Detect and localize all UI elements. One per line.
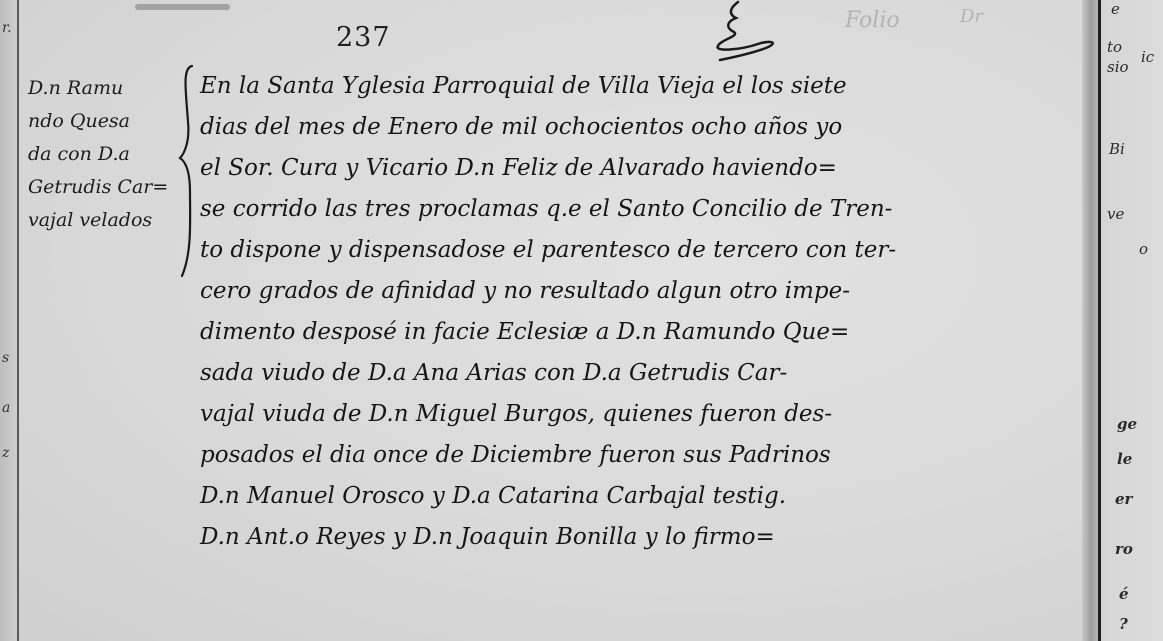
entry-line: se corrido las tres proclamas q.e el San… — [200, 189, 1080, 230]
entry-line: vajal viuda de D.n Miguel Burgos, quiene… — [200, 394, 1080, 435]
facing-page-fragment: to — [1107, 38, 1122, 56]
facing-page-fragment: e — [1111, 0, 1120, 18]
facing-page-fragment: ? — [1119, 615, 1128, 633]
facing-page-fragment: ic — [1141, 48, 1154, 66]
entry-line: En la Santa Yglesia Parroquial de Villa … — [200, 66, 1080, 107]
bleed-through-fragment: Dr — [960, 6, 983, 27]
entry-line: D.n Ant.o Reyes y D.n Joaquin Bonilla y … — [200, 517, 1080, 558]
entry-line: sada viudo de D.a Ana Arias con D.a Getr… — [200, 353, 1080, 394]
left-margin-rule — [17, 0, 19, 641]
facing-page-fragment: o — [1139, 240, 1148, 258]
entry-line: to dispone y dispensadose el parentesco … — [200, 230, 1080, 271]
left-strip-fragment: z — [2, 445, 9, 461]
facing-page-fragment: ro — [1115, 540, 1133, 558]
entry-body: En la Santa Yglesia Parroquial de Villa … — [200, 66, 1080, 558]
entry-line: dias del mes de Enero de mil ochocientos… — [200, 107, 1080, 148]
left-strip-fragment: r. — [2, 20, 12, 36]
bleed-through-text: Folio — [845, 8, 900, 33]
facing-page-fragment: le — [1117, 450, 1132, 468]
entry-line: cero grados de afinidad y no resultado a… — [200, 271, 1080, 312]
facing-page-fragment: er — [1115, 490, 1132, 508]
facing-page-fragment: sio — [1107, 58, 1129, 76]
ink-smear — [135, 4, 230, 10]
paraph-flourish-icon — [700, 0, 790, 70]
facing-page-fragment: Bi — [1109, 140, 1125, 158]
facing-page-fragment: ve — [1107, 205, 1124, 223]
page-number: 237 — [336, 22, 391, 53]
entry-line: posados el dia once de Diciembre fueron … — [200, 435, 1080, 476]
manuscript-page: r. s a z Folio Dr 237 D.n Ramu ndo Quesa… — [0, 0, 1163, 641]
left-strip-fragment: s — [2, 350, 9, 366]
left-strip-fragment: a — [2, 400, 10, 416]
facing-page-edge: e to sio ic Bi ve o ge le er ro é ? — [1101, 0, 1163, 641]
curly-brace-icon — [178, 62, 200, 282]
facing-page-fragment: é — [1119, 585, 1129, 603]
entry-line: dimento desposé in facie Eclesiæ a D.n R… — [200, 312, 1080, 353]
left-binding-strip: r. s a z — [0, 0, 17, 641]
entry-line: D.n Manuel Orosco y D.a Catarina Carbaja… — [200, 476, 1080, 517]
facing-page-fragment: ge — [1117, 415, 1137, 433]
entry-line: el Sor. Cura y Vicario D.n Feliz de Alva… — [200, 148, 1080, 189]
